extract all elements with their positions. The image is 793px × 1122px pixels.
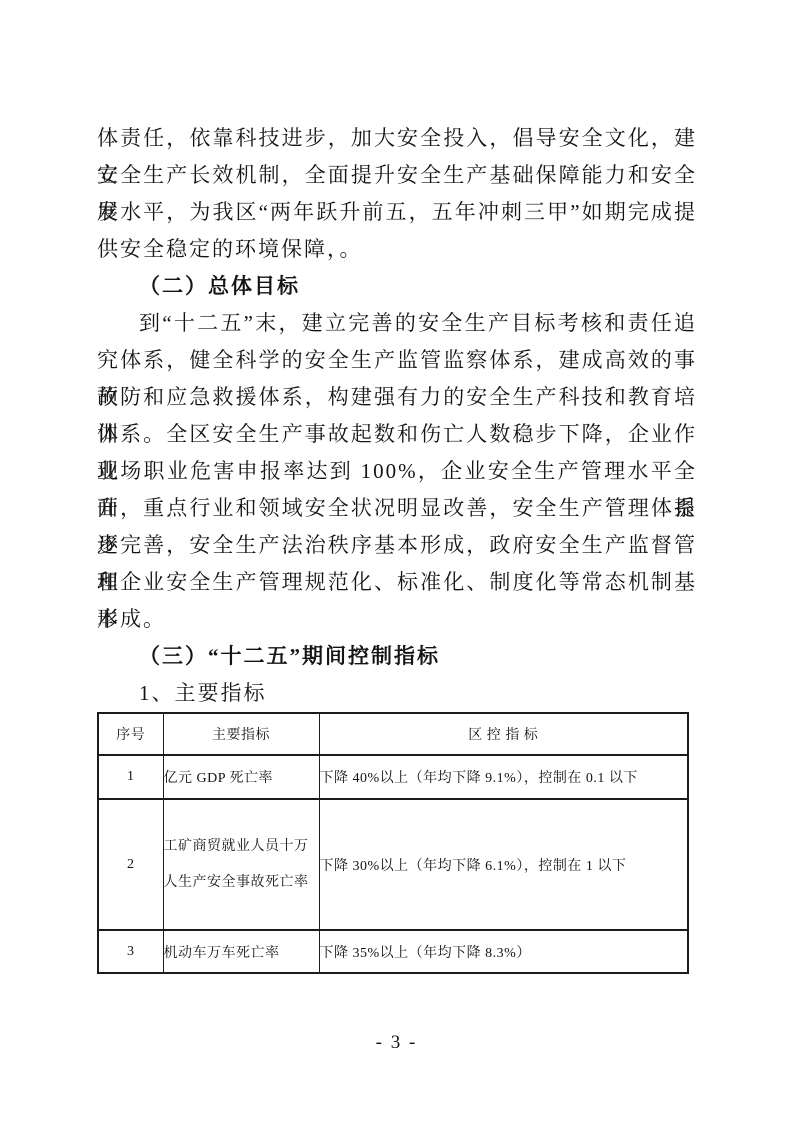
paragraph2-line: 步完善，安全生产法治秩序基本形成，政府安全生产监督管理 <box>97 527 697 564</box>
cell-indicator: 工矿商贸就业人员十万 人生产安全事故死亡率 <box>163 799 319 930</box>
control-indicators-table: 序号 主要指标 区 控 指 标 1 亿元 GDP 死亡率 下降 40%以上（年均… <box>97 712 689 974</box>
paragraph1-line: 体责任，依靠科技进步，加大安全投入，倡导安全文化，建立 <box>97 120 697 157</box>
table-row: 2 工矿商贸就业人员十万 人生产安全事故死亡率 下降 30%以上（年均下降 6.… <box>98 799 688 930</box>
table-header-row: 序号 主要指标 区 控 指 标 <box>98 713 688 755</box>
cell-indicator: 亿元 GDP 死亡率 <box>163 755 319 799</box>
paragraph2-line: 体系。全区安全生产事故起数和伤亡人数稳步下降，企业作业 <box>97 416 697 453</box>
cell-target: 下降 30%以上（年均下降 6.1%），控制在 1 以下 <box>319 799 688 930</box>
cell-serial: 1 <box>98 755 163 799</box>
paragraph2-line: 预防和应急救援体系，构建强有力的安全生产科技和教育培训 <box>97 379 697 416</box>
paragraph1-line: 供安全稳定的环境保障，。 <box>97 231 697 268</box>
paragraph2-line: 究体系，健全科学的安全生产监管监察体系，建成高效的事故 <box>97 342 697 379</box>
paragraph2-line: 现场职业危害申报率达到 100%，企业安全生产管理水平全面提 <box>97 453 697 490</box>
document-page: 体责任，依靠科技进步，加大安全投入，倡导安全文化，建立 安全生产长效机制，全面提… <box>0 0 793 1122</box>
paragraph2-line: 形成。 <box>97 601 697 638</box>
table-row: 3 机动车万车死亡率 下降 35%以上（年均下降 8.3%） <box>98 930 688 973</box>
cell-indicator-line: 工矿商贸就业人员十万 <box>164 829 319 865</box>
paragraph2-line: 和企业安全生产管理规范化、标准化、制度化等常态机制基本 <box>97 564 697 601</box>
page-number: - 3 - <box>0 1032 793 1054</box>
paragraph1-line: 安全生产长效机制，全面提升安全生产基础保障能力和安全发 <box>97 157 697 194</box>
cell-target: 下降 35%以上（年均下降 8.3%） <box>319 930 688 973</box>
paragraph2-line: 到“十二五”末，建立完善的安全生产目标考核和责任追 <box>97 305 697 342</box>
cell-target: 下降 40%以上（年均下降 9.1%），控制在 0.1 以下 <box>319 755 688 799</box>
text-block: 体责任，依靠科技进步，加大安全投入，倡导安全文化，建立 安全生产长效机制，全面提… <box>97 120 697 712</box>
paragraph1-line: 展水平，为我区“两年跃升前五，五年冲刺三甲”如期完成提 <box>97 194 697 231</box>
cell-serial: 3 <box>98 930 163 973</box>
cell-serial: 2 <box>98 799 163 930</box>
section-heading-3: （三）“十二五”期间控制指标 <box>97 638 697 675</box>
table-row: 1 亿元 GDP 死亡率 下降 40%以上（年均下降 9.1%），控制在 0.1… <box>98 755 688 799</box>
header-target: 区 控 指 标 <box>319 713 688 755</box>
header-serial: 序号 <box>98 713 163 755</box>
header-indicator: 主要指标 <box>163 713 319 755</box>
section-heading-2: （二）总体目标 <box>97 268 697 305</box>
paragraph2-line: 升，重点行业和领域安全状况明显改善，安全生产管理体系逐 <box>97 490 697 527</box>
cell-indicator: 机动车万车死亡率 <box>163 930 319 973</box>
subheading-main-indicators: 1、主要指标 <box>97 675 697 712</box>
cell-indicator-line: 人生产安全事故死亡率 <box>164 865 319 901</box>
